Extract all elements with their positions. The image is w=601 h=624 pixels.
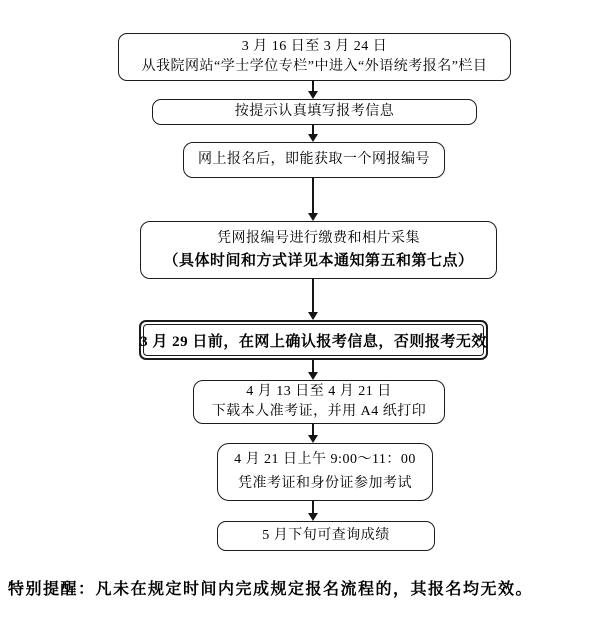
flow-step-confirm-deadline: 3 月 29 日前，在网上确认报考信息，否则报考无效 <box>139 320 488 360</box>
special-reminder-note: 特别提醒：凡未在规定时间内完成规定报名流程的，其报名均无效。 <box>8 576 533 599</box>
step-date-range: 4 月 13 日至 4 月 21 日 <box>246 382 392 402</box>
confirm-deadline-inner-border: 3 月 29 日前，在网上确认报考信息，否则报考无效 <box>143 324 484 356</box>
step-text: 凭准考证和身份证参加考试 <box>238 472 412 496</box>
flow-step-pay-and-photo: 凭网报编号进行缴费和相片采集 （具体时间和方式详见本通知第五和第七点） <box>140 221 497 279</box>
flow-arrow-down <box>308 80 318 99</box>
step-text: 凭网报编号进行缴费和相片采集 <box>217 228 420 250</box>
flow-step-print-ticket: 4 月 13 日至 4 月 21 日 下载本人准考证，并用 A4 纸打印 <box>193 380 445 424</box>
step-date-range: 4 月 21 日上午 9:00～11：00 <box>234 448 416 472</box>
flow-step-check-results: 5 月下旬可查询成绩 <box>217 521 435 551</box>
flow-step-register-entry: 3 月 16 日至 3 月 24 日 从我院网站“学士学位专栏”中进入“外语统考… <box>118 33 511 81</box>
step-text: 下载本人准考证，并用 A4 纸打印 <box>212 402 427 422</box>
registration-flowchart: 3 月 16 日至 3 月 24 日 从我院网站“学士学位专栏”中进入“外语统考… <box>0 0 601 624</box>
step-text: 按提示认真填写报考信息 <box>235 102 395 122</box>
flow-step-fill-info: 按提示认真填写报考信息 <box>152 99 477 125</box>
flow-arrow-down <box>308 500 318 521</box>
flow-step-get-number: 网上报名后，即能获取一个网报编号 <box>183 142 445 178</box>
flow-step-take-exam: 4 月 21 日上午 9:00～11：00 凭准考证和身份证参加考试 <box>217 443 433 501</box>
step-text: 从我院网站“学士学位专栏”中进入“外语统考报名”栏目 <box>142 57 488 77</box>
flow-arrow-down <box>308 124 318 142</box>
step-text: 网上报名后，即能获取一个网报编号 <box>198 150 430 170</box>
flow-arrow-down <box>308 278 318 320</box>
step-date-range: 3 月 16 日至 3 月 24 日 <box>242 37 388 57</box>
flow-arrow-down <box>308 359 318 380</box>
step-text: 3 月 29 日前，在网上确认报考信息，否则报考无效 <box>140 330 487 351</box>
step-text: 5 月下旬可查询成绩 <box>262 526 390 546</box>
flow-arrow-down <box>308 177 318 221</box>
step-note: （具体时间和方式详见本通知第五和第七点） <box>163 250 473 272</box>
flow-arrow-down <box>308 423 318 443</box>
